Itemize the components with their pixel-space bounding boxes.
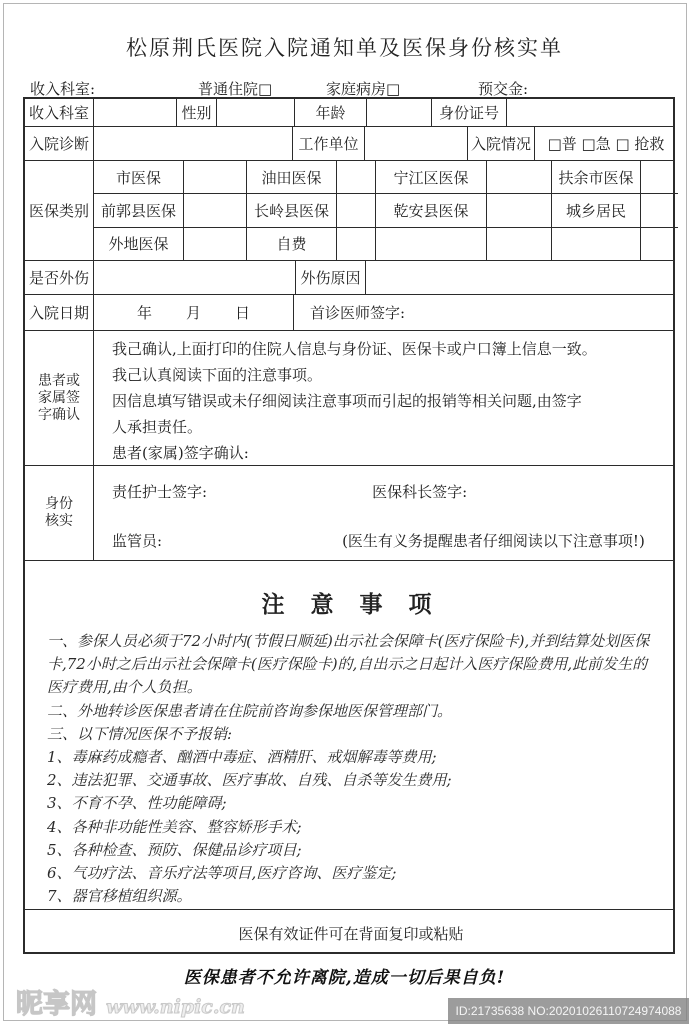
dept-label-cell: 收入科室 xyxy=(25,99,93,126)
notes-paragraph: 二、外地转诊医保患者请在住院前咨询参保地医保管理部门。 xyxy=(47,700,653,723)
insurance-check-cell xyxy=(486,228,551,260)
employer-label-cell: 工作单位 xyxy=(292,127,364,160)
day-label: 日 xyxy=(235,302,250,323)
injury-reason-value-cell xyxy=(365,261,677,294)
insurance-name-cell xyxy=(375,228,486,260)
insurance-name-cell: 长岭县医保 xyxy=(246,194,336,226)
admission-form-table: 收入科室 性别 年龄 身份证号 入院诊断 工作单位 入院情况 □普 □急 □ 抢… xyxy=(23,97,675,954)
insurance-check-cell xyxy=(183,161,246,193)
supervisor-line: 监管员: (医生有义务提醒患者仔细阅读以下注意事项!) xyxy=(112,530,645,551)
stock-id-badge: ID:21735638 NO:20201026110724974088 xyxy=(448,998,689,1024)
confirmation-text: 人承担责任。 xyxy=(112,414,202,440)
normal-ward-checkbox-label: 普通住院□ xyxy=(198,78,272,99)
age-value-cell xyxy=(366,99,431,126)
watermark-site-url: www.nipic.cn xyxy=(106,996,245,1018)
insurance-name-cell: 自费 xyxy=(246,228,336,260)
insurance-check-cell xyxy=(183,228,246,260)
insurance-name-cell: 外地医保 xyxy=(94,228,183,260)
notes-title: 注 意 事 项 xyxy=(25,586,677,619)
month-label: 月 xyxy=(186,302,201,323)
dept-value-cell xyxy=(93,99,176,126)
family-ward-checkbox-label: 家庭病房□ xyxy=(326,78,400,99)
notes-list-item: 4、各种非功能性美容、整容矫形手术; xyxy=(47,816,653,839)
diagnosis-label-cell: 入院诊断 xyxy=(25,127,93,160)
insurance-name-cell: 乾安县医保 xyxy=(375,194,486,226)
insurance-row-3: 外地医保 自费 xyxy=(94,227,678,260)
admission-date-label-cell: 入院日期 xyxy=(25,295,93,330)
verification-sign-line: 责任护士签字: 医保科长签字: xyxy=(112,481,467,502)
confirmation-label-line: 家属签 xyxy=(38,390,80,407)
insurance-grid: 市医保 油田医保 宁江区医保 扶余市医保 前郭县医保 长岭县医保 乾安县医保 城… xyxy=(93,161,678,260)
doctor-signature-cell: 首诊医师签字: xyxy=(293,295,677,330)
insurance-name-cell: 油田医保 xyxy=(246,161,336,193)
copy-note-row: 医保有效证件可在背面复印或粘贴 xyxy=(25,909,673,956)
injury-value-cell xyxy=(93,261,295,294)
notes-paragraph: 三、以下情况医保不予报销: xyxy=(47,723,653,746)
confirmation-label-cell: 患者或 家属签 字确认 xyxy=(25,331,93,465)
verification-label-line: 核实 xyxy=(45,513,73,530)
confirmation-body-cell: 我己确认,上面打印的住院人信息与身份证、医保卡或户口簿上信息一致。 我己认真阅读… xyxy=(93,331,677,465)
insurance-name-cell xyxy=(551,228,640,260)
dept-header-label: 收入科室: xyxy=(30,78,95,99)
employer-value-cell xyxy=(364,127,467,160)
signature-confirm-line: 患者(家属)签字确认: xyxy=(112,440,249,465)
verification-label-line: 身份 xyxy=(45,496,73,513)
insurance-row-1: 市医保 油田医保 宁江区医保 扶余市医保 xyxy=(94,161,678,193)
insurance-check-cell xyxy=(336,194,375,226)
notes-list-item: 1、毒麻药成瘾者、酗酒中毒症、酒精肝、戒烟解毒等费用; xyxy=(47,746,653,769)
chief-signature-label: 医保科长签字: xyxy=(372,481,467,502)
insurance-check-cell xyxy=(640,161,678,193)
gender-label-cell: 性别 xyxy=(176,99,216,126)
notes-list-item: 6、气功疗法、音乐疗法等项目,医疗咨询、医疗鉴定; xyxy=(47,862,653,885)
watermark-site-name: 昵享网 xyxy=(16,982,97,1021)
id-number-label-cell: 身份证号 xyxy=(431,99,506,126)
verification-body-cell: 责任护士签字: 医保科长签字: 监管员: (医生有义务提醒患者仔细阅读以下注意事… xyxy=(93,466,677,560)
insurance-check-cell xyxy=(640,194,678,226)
notes-cell: 注 意 事 项 一、参保人员必须于72小时内(节假日顺延)出示社会保障卡(医疗保… xyxy=(25,561,677,909)
admission-date-row: 入院日期 年 月 日 首诊医师签字: xyxy=(25,294,673,330)
insurance-name-cell: 扶余市医保 xyxy=(551,161,640,193)
diagnosis-row: 入院诊断 工作单位 入院情况 □普 □急 □ 抢救 xyxy=(25,126,673,160)
age-label-cell: 年龄 xyxy=(294,99,366,126)
verification-label-cell: 身份 核实 xyxy=(25,466,93,560)
insurance-name-cell: 宁江区医保 xyxy=(375,161,486,193)
deposit-label: 预交金: xyxy=(478,78,528,99)
gender-value-cell xyxy=(216,99,294,126)
insurance-row-2: 前郭县医保 长岭县医保 乾安县医保 城乡居民 xyxy=(94,193,678,226)
doctor-reminder-note: (医生有义务提醒患者仔细阅读以下注意事项!) xyxy=(342,530,645,551)
insurance-check-cell xyxy=(336,228,375,260)
admission-status-options-cell: □普 □急 □ 抢救 xyxy=(534,127,677,160)
insurance-name-cell: 市医保 xyxy=(94,161,183,193)
insurance-type-section: 医保类别 市医保 油田医保 宁江区医保 扶余市医保 前郭县医保 长岭县医保 乾安… xyxy=(25,160,673,260)
confirmation-text: 因信息填写错误或未仔细阅读注意事项而引起的报销等相关问题,由签字 xyxy=(112,388,582,414)
insurance-name-cell: 前郭县医保 xyxy=(94,194,183,226)
confirmation-label-line: 字确认 xyxy=(38,407,80,424)
insurance-name-cell: 城乡居民 xyxy=(551,194,640,226)
page-title: 松原荆氏医院入院通知单及医保身份核实单 xyxy=(0,32,689,62)
insurance-check-cell xyxy=(486,161,551,193)
injury-label-cell: 是否外伤 xyxy=(25,261,93,294)
insurance-check-cell xyxy=(183,194,246,226)
notes-list-item: 2、违法犯罪、交通事故、医疗事故、自残、自杀等发生费用; xyxy=(47,769,653,792)
diagnosis-value-cell xyxy=(93,127,292,160)
notes-list-item: 3、不育不孕、性功能障碍; xyxy=(47,792,653,815)
confirmation-text: 我己确认,上面打印的住院人信息与身份证、医保卡或户口簿上信息一致。 xyxy=(112,336,597,362)
notes-list-item: 7、器官移植组织源。 xyxy=(47,885,653,908)
confirmation-section: 患者或 家属签 字确认 我己确认,上面打印的住院人信息与身份证、医保卡或户口簿上… xyxy=(25,330,673,465)
confirmation-label-line: 患者或 xyxy=(38,373,80,390)
year-label: 年 xyxy=(137,302,152,323)
nurse-signature-label: 责任护士签字: xyxy=(112,481,207,502)
notes-section: 注 意 事 项 一、参保人员必须于72小时内(节假日顺延)出示社会保障卡(医疗保… xyxy=(25,560,673,909)
date-fill-cell: 年 月 日 xyxy=(93,295,293,330)
id-number-value-cell xyxy=(506,99,677,126)
injury-row: 是否外伤 外伤原因 xyxy=(25,260,673,294)
confirmation-text: 我己认真阅读下面的注意事项。 xyxy=(112,362,322,388)
admission-status-label-cell: 入院情况 xyxy=(467,127,534,160)
verification-section: 身份 核实 责任护士签字: 医保科长签字: 监管员: (医生有义务提醒患者仔细阅… xyxy=(25,465,673,560)
notes-body: 一、参保人员必须于72小时内(节假日顺延)出示社会保障卡(医疗保险卡),并到结算… xyxy=(25,630,677,908)
insurance-check-cell xyxy=(640,228,678,260)
injury-reason-label-cell: 外伤原因 xyxy=(295,261,365,294)
insurance-check-cell xyxy=(486,194,551,226)
supervisor-label: 监管员: xyxy=(112,530,162,551)
insurance-check-cell xyxy=(336,161,375,193)
patient-info-row: 收入科室 性别 年龄 身份证号 xyxy=(25,99,673,126)
subheader-row: 收入科室: 普通住院□ 家庭病房□ 预交金: xyxy=(0,78,689,98)
insurance-type-label-cell: 医保类别 xyxy=(25,161,93,260)
notes-list-item: 5、各种检查、预防、保健品诊疗项目; xyxy=(47,839,653,862)
notes-paragraph: 一、参保人员必须于72小时内(节假日顺延)出示社会保障卡(医疗保险卡),并到结算… xyxy=(47,630,653,700)
copy-note-cell: 医保有效证件可在背面复印或粘贴 xyxy=(25,910,677,956)
watermark: 昵享网 www.nipic.cn xyxy=(16,982,245,1021)
